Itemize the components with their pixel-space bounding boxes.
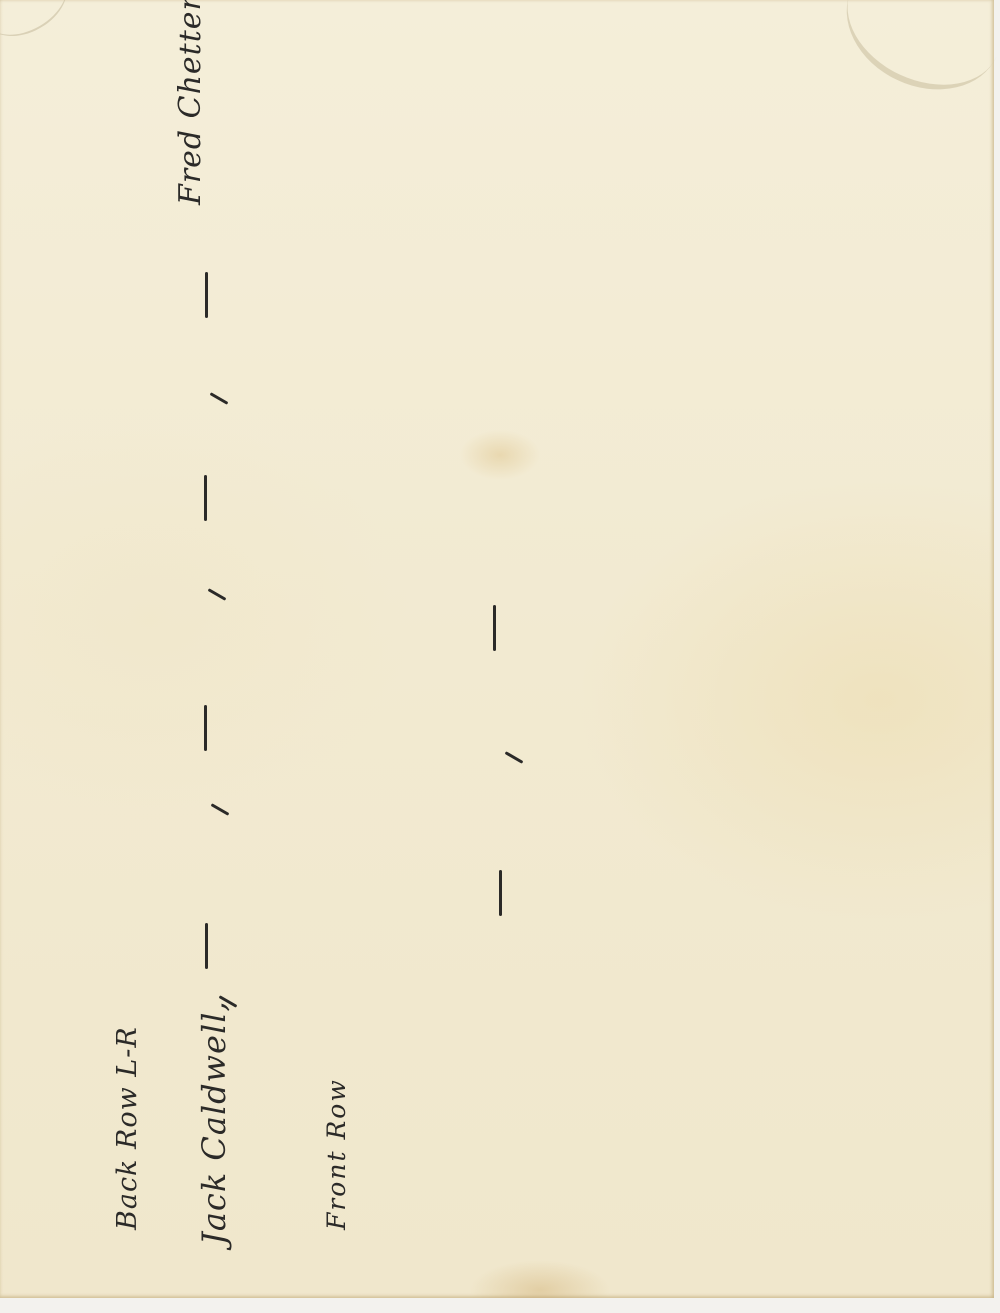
placeholder-dash xyxy=(205,923,208,969)
photo-back-paper: Back Row L-R Jack Caldwell, Front Row Fr… xyxy=(0,0,994,1298)
back-row-last-name: Fred Chetter xyxy=(173,0,208,205)
placeholder-comma xyxy=(505,751,524,764)
corner-fold-top-right xyxy=(825,0,1000,114)
placeholder-dash xyxy=(499,870,502,916)
placeholder-dash xyxy=(204,705,207,751)
placeholder-comma xyxy=(210,392,229,405)
front-row-heading: Front Row xyxy=(322,1078,351,1230)
corner-fold-top-left xyxy=(0,0,79,50)
back-row-first-name: Jack Caldwell, xyxy=(195,1000,233,1245)
back-row-heading: Back Row L-R xyxy=(112,1026,143,1230)
placeholder-dash xyxy=(204,475,207,521)
placeholder-dash xyxy=(205,272,208,318)
placeholder-comma xyxy=(208,588,227,601)
placeholder-dash xyxy=(493,605,496,651)
placeholder-comma xyxy=(211,803,230,816)
